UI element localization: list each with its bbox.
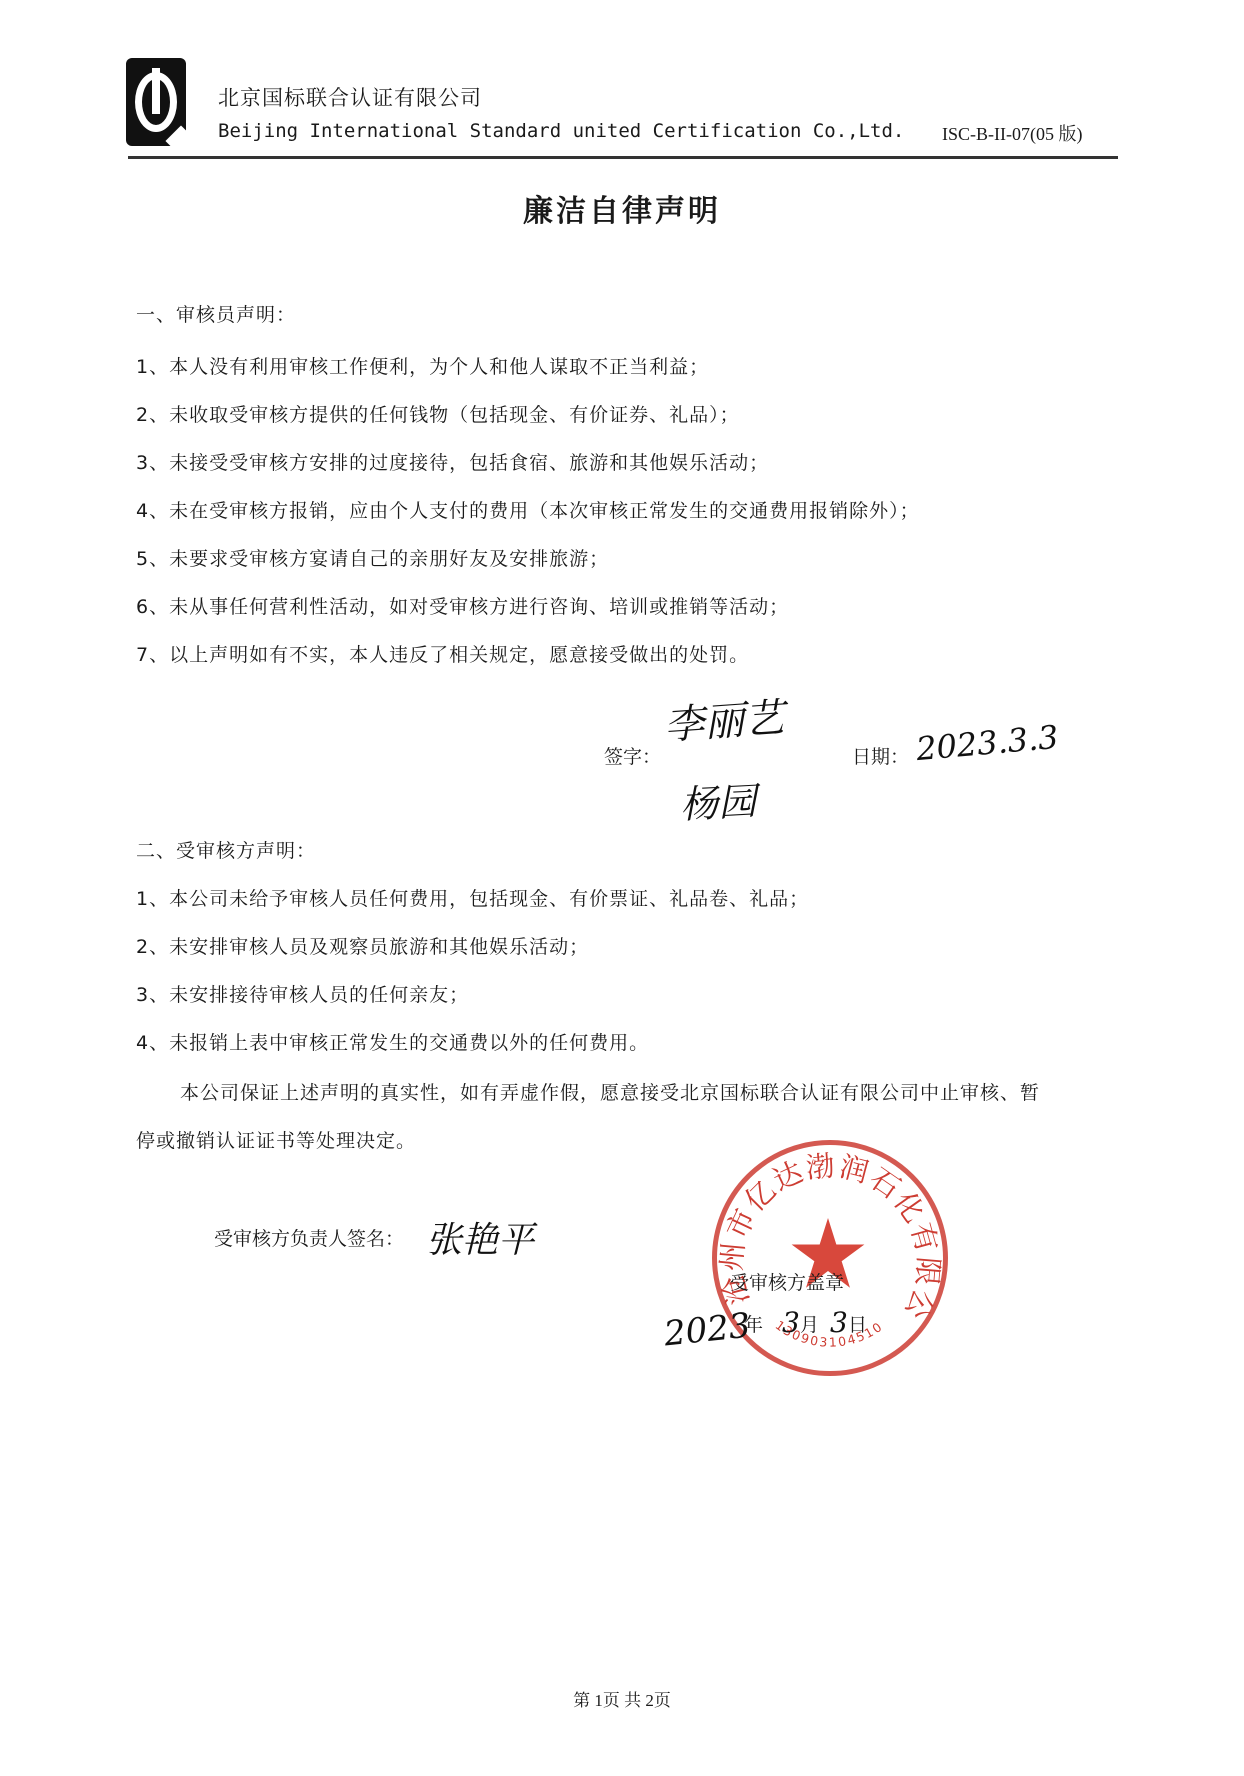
responsible-signature: 张艳平 — [426, 1212, 534, 1263]
seal-label: 受审核方盖章 — [730, 1268, 844, 1295]
guarantee-text-line1: 本公司保证上述声明的真实性，如有弄虚作假，愿意接受北京国标联合认证有限公司中止审… — [180, 1078, 1040, 1105]
section2-item: 2、未安排审核人员及观察员旅游和其他娱乐活动； — [136, 932, 589, 959]
section2-item: 4、未报销上表中审核正常发生的交通费以外的任何费用。 — [136, 1028, 649, 1055]
section1-item: 1、本人没有利用审核工作便利，为个人和他人谋取不正当利益； — [136, 352, 709, 379]
seal-date-day: 3 — [830, 1306, 848, 1339]
section1-item: 6、未从事任何营利性活动，如对受审核方进行咨询、培训或推销等活动； — [136, 592, 789, 619]
auditor-date: 2023.3.3 — [915, 718, 1060, 768]
page-number: 第 1页 共 2页 — [0, 1686, 1244, 1711]
section2-item: 3、未安排接待审核人员的任何亲友； — [136, 980, 469, 1007]
seal-date-year-label: 年 — [744, 1310, 763, 1337]
logo-notch — [165, 125, 196, 156]
seal-date-month: 3 — [782, 1306, 800, 1339]
date-label: 日期： — [852, 742, 909, 769]
section1-item: 5、未要求受审核方宴请自己的亲朋好友及安排旅游； — [136, 544, 609, 571]
seal-date-day-label: 日 — [848, 1310, 867, 1337]
auditor-signature-1: 李丽艺 — [662, 686, 786, 751]
section1-item: 3、未接受受审核方安排的过度接待，包括食宿、旅游和其他娱乐活动； — [136, 448, 769, 475]
section2-heading: 二、受审核方声明： — [136, 836, 316, 863]
responsible-signature-label: 受审核方负责人签名： — [214, 1224, 404, 1251]
section1-item: 2、未收取受审核方提供的任何钱物（包括现金、有价证券、礼品）； — [136, 400, 740, 427]
header-divider — [128, 156, 1118, 159]
company-name-cn: 北京国标联合认证有限公司 — [218, 82, 482, 112]
page-title: 廉洁自律声明 — [0, 186, 1244, 230]
section1-item: 7、以上声明如有不实，本人违反了相关规定，愿意接受做出的处罚。 — [136, 640, 749, 667]
logo-bar — [152, 68, 160, 114]
section2-item: 1、本公司未给予审核人员任何费用，包括现金、有价票证、礼品卷、礼品； — [136, 884, 809, 911]
guarantee-text-line2: 停或撤销认证证书等处理决定。 — [136, 1126, 416, 1153]
section1-heading: 一、审核员声明： — [136, 300, 296, 327]
auditor-signature-2: 杨园 — [679, 770, 758, 829]
section1-item: 4、未在受审核方报销，应由个人支付的费用（本次审核正常发生的交通费用报销除外）； — [136, 496, 920, 523]
isc-logo-icon — [126, 58, 186, 146]
seal-date-month-label: 月 — [800, 1310, 819, 1337]
signature-label: 签字： — [604, 742, 661, 769]
document-code: ISC-B-II-07(05 版) — [942, 120, 1082, 146]
company-name-en: Beijing International Standard united Ce… — [218, 120, 904, 142]
